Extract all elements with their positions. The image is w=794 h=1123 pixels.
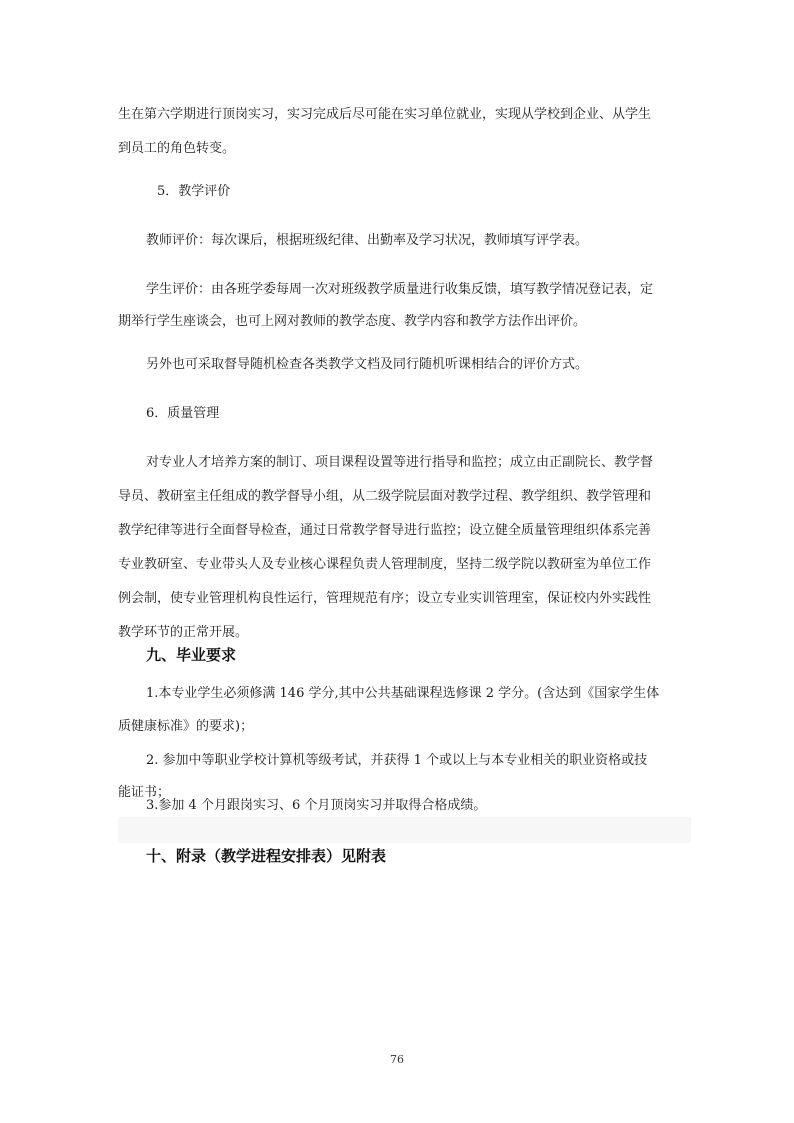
quality-paragraph-line-6: 教学环节的正常开展。 xyxy=(118,624,688,642)
requirement-1-line-1: 1.本专业学生必须修满 146 学分,其中公共基础课程选修课 2 学分。(含达到… xyxy=(146,685,716,703)
heading-graduation-requirements: 九、毕业要求 xyxy=(146,645,236,665)
quality-paragraph-line-4: 专业教研室、专业带头人及专业核心课程负责人管理制度，坚持二级学院以教研室为单位工… xyxy=(118,556,688,574)
requirement-2-line-1: 2. 参加中等职业学校计算机等级考试，并获得 1 个或以上与本专业相关的职业资格… xyxy=(146,752,716,770)
teacher-evaluation: 教师评价：每次课后，根据班级纪律、出勤率及学习状况，教师填写评学表。 xyxy=(146,232,716,250)
paragraph-internship-line-2: 到员工的角色转变。 xyxy=(118,140,688,158)
quality-paragraph-line-3: 教学纪律等进行全面督导检查，通过日常教学督导进行监控；设立健全质量管理组织体系完… xyxy=(118,522,688,540)
section-6-title: 6．质量管理 xyxy=(146,405,716,423)
heading-appendix: 十、附录（教学进程安排表）见附表 xyxy=(146,846,386,866)
paragraph-internship-line-1: 生在第六学期进行顶岗实习，实习完成后尽可能在实习单位就业，实现从学校到企业、从学… xyxy=(118,106,688,124)
requirement-3: 3.参加 4 个月跟岗实习、6 个月顶岗实习并取得合格成绩。 xyxy=(146,797,716,815)
page-number: 76 xyxy=(0,1053,794,1066)
quality-paragraph-line-2: 导员、教研室主任组成的教学督导小组，从二级学院层面对教学过程、教学组织、教学管理… xyxy=(118,488,688,506)
quality-paragraph-line-1: 对专业人才培养方案的制订、项目课程设置等进行指导和监控；成立由正副院长、教学督 xyxy=(146,454,716,472)
student-evaluation-line-2: 期举行学生座谈会，也可上网对教师的教学态度、教学内容和教学方法作出评价。 xyxy=(118,313,688,331)
shaded-blank-row xyxy=(118,817,691,843)
requirement-1-line-2: 质健康标准》的要求)； xyxy=(118,718,688,736)
section-5-title: 5．教学评价 xyxy=(157,183,727,201)
other-evaluation: 另外也可采取督导随机检查各类教学文档及同行随机听课相结合的评价方式。 xyxy=(146,356,716,374)
student-evaluation-line-1: 学生评价：由各班学委每周一次对班级教学质量进行收集反馈，填写教学情况登记表，定 xyxy=(146,281,716,299)
quality-paragraph-line-5: 例会制，使专业管理机构良性运行，管理规范有序；设立专业实训管理室，保证校内外实践… xyxy=(118,590,688,608)
